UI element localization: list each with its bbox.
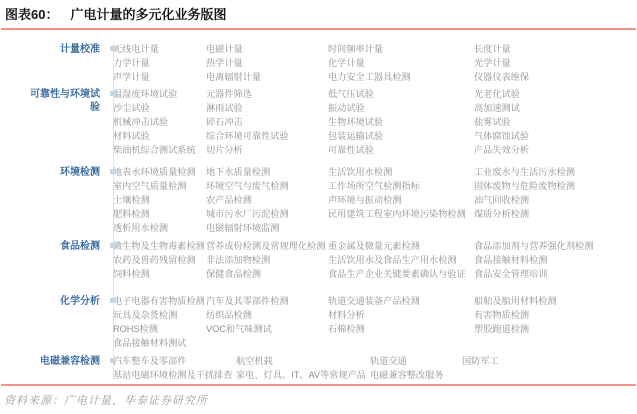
category-label-col: 化学分析: [0, 294, 113, 350]
service-item: 无线电计量: [113, 42, 206, 56]
empty-cell: [474, 336, 637, 350]
service-item: 电磁兼容整改服务: [370, 368, 462, 382]
service-item: 综合环境可靠性试验: [206, 129, 328, 143]
service-item: 热学计量: [206, 56, 328, 70]
service-item: 石棉检测: [328, 322, 474, 336]
service-row: 农药及兽药残留检测非法添加物检测生活饮用水及食品生产用水检测食品接触材料检测: [113, 253, 637, 267]
service-item: 营养成份检测及常规理化检测: [206, 239, 328, 253]
service-item: 食品接触材料测试: [113, 336, 206, 350]
service-item: 电力安全工器具检测: [328, 70, 474, 84]
service-item: 电磁计量: [206, 42, 328, 56]
service-row: 沙尘试验淋雨试验振动试验高加速测试: [113, 101, 637, 115]
service-item: 环境空气与废气检测: [206, 179, 328, 193]
service-item: 产品失效分析: [474, 143, 637, 157]
service-item: 生活饮用水及食品生产用水检测: [328, 253, 474, 267]
service-item: 纺织品检测: [206, 308, 328, 322]
empty-cell: [206, 336, 328, 350]
service-item: 高加速测试: [474, 101, 637, 115]
bullet-dot: [110, 46, 116, 51]
service-row: 肥料检测城市污水厂污泥检测民用建筑工程室内环境污染物检测煤质分析检测: [113, 207, 637, 221]
service-item: 地表水环境质量检测: [113, 165, 206, 179]
service-item: 船舶及船用材料检测: [474, 294, 637, 308]
service-item: 材料分析: [328, 308, 474, 322]
figure-number: 图表60：: [5, 7, 58, 22]
service-item: 保健食品检测: [206, 267, 328, 281]
service-item: 柴油机综合测试系统: [113, 143, 206, 157]
category-label: 环境检测: [60, 165, 100, 235]
category-label: 可靠性与环境试验: [26, 87, 100, 157]
service-item: 肥料检测: [113, 207, 206, 221]
service-item: 材料试验: [113, 129, 206, 143]
source-note: 资料来源：广电计量，华泰证券研究所: [0, 386, 637, 408]
service-item: 油气回收检测: [474, 193, 637, 207]
report-figure: 图表60：广电计量的多元化业务版图 计量校准无线电计量电磁计量时间频率计量长度计…: [0, 0, 637, 414]
figure-title: 图表60：广电计量的多元化业务版图: [0, 0, 637, 22]
service-item: 玩具及杂货检测: [113, 308, 206, 322]
services-grid: 汽车整车及零部件航空机载轨道交通国防军工基站电磁环境检测及干扰排查家电、灯具、I…: [113, 354, 637, 382]
service-item: 地下水质量检测: [206, 165, 328, 179]
service-item: 电磁辐射环境监测: [206, 221, 328, 235]
service-item: 食品生产企业关键要素确认与验证: [328, 267, 474, 281]
business-section: 食品检测微生物及生物毒素检测营养成份检测及常规理化检测重金属及微量元素检测食品添…: [0, 239, 637, 281]
service-row: ROHS检测VOC和气味测试石棉检测塑胶跑道检测: [113, 322, 637, 336]
service-item: 有害物质检测: [474, 308, 637, 322]
category-label: 电磁兼容检测: [40, 354, 100, 382]
service-row: 食品接触材料测试: [113, 336, 637, 350]
services-grid: 微生物及生物毒素检测营养成份检测及常规理化检测重金属及微量元素检测食品添加剂与营…: [113, 239, 637, 281]
service-item: 食品安全管理培训: [474, 267, 637, 281]
service-row: 地表水环境质量检测地下水质量检测生活饮用水检测工业废水与生活污水检测: [113, 165, 637, 179]
service-row: 温湿度环境试验元器件筛选低气压试验光老化试验: [113, 87, 637, 101]
service-row: 电子电器有害物质检测汽车及其零部件检测轨道交通装备产品检测船舶及船用材料检测: [113, 294, 637, 308]
service-row: 玩具及杂货检测纺织品检测材料分析有害物质检测: [113, 308, 637, 322]
service-item: 可靠性试验: [328, 143, 474, 157]
service-item: 光老化试验: [474, 87, 637, 101]
service-item: 包装运输试验: [328, 129, 474, 143]
service-item: 透析用水检测: [113, 221, 206, 235]
category-label-col: 电磁兼容检测: [0, 354, 113, 382]
service-item: 电离辐射计量: [206, 70, 328, 84]
service-item: 家电、灯具、IT、AV等常规产品: [236, 368, 370, 382]
service-item: 农药及兽药残留检测: [113, 253, 206, 267]
service-item: 沙尘试验: [113, 101, 206, 115]
service-item: 微生物及生物毒素检测: [113, 239, 206, 253]
service-item: 塑胶跑道检测: [474, 322, 637, 336]
service-item: 工业废水与生活污水检测: [474, 165, 637, 179]
service-item: 食品添加剂与营养强化剂检测: [474, 239, 637, 253]
service-item: 土壤检测: [113, 193, 206, 207]
category-label-col: 计量校准: [0, 42, 113, 84]
service-item: 基站电磁环境检测及干扰排查: [113, 368, 236, 382]
service-item: 工作场所空气检测指标: [328, 179, 474, 193]
service-item: 固体废物与危险废物检测: [474, 179, 637, 193]
service-item: 淋雨试验: [206, 101, 328, 115]
service-item: 民用建筑工程室内环境污染物检测: [328, 207, 474, 221]
business-section: 计量校准无线电计量电磁计量时间频率计量长度计量力学计量热学计量化学计量光学计量声…: [0, 42, 637, 84]
service-item: 饲料检测: [113, 267, 206, 281]
service-item: 城市污水厂污泥检测: [206, 207, 328, 221]
service-row: 微生物及生物毒素检测营养成份检测及常规理化检测重金属及微量元素检测食品添加剂与营…: [113, 239, 637, 253]
bullet-dot: [110, 243, 116, 248]
service-item: 重金属及微量元素检测: [328, 239, 474, 253]
service-item: 盐雾试验: [474, 115, 637, 129]
service-row: 无线电计量电磁计量时间频率计量长度计量: [113, 42, 637, 56]
service-item: 汽车整车及零部件: [113, 354, 236, 368]
service-item: 仪器仪表维保: [474, 70, 637, 84]
service-item: 时间频率计量: [328, 42, 474, 56]
empty-cell: [474, 221, 637, 235]
service-item: 生物环境试验: [328, 115, 474, 129]
service-item: 航空机载: [236, 354, 370, 368]
service-item: 国防军工: [462, 354, 637, 368]
category-label-col: 环境检测: [0, 165, 113, 235]
service-row: 声学计量电离辐射计量电力安全工器具检测仪器仪表维保: [113, 70, 637, 84]
service-row: 材料试验综合环境可靠性试验包装运输试验气体腐蚀试验: [113, 129, 637, 143]
service-item: 非法添加物检测: [206, 253, 328, 267]
services-grid: 无线电计量电磁计量时间频率计量长度计量力学计量热学计量化学计量光学计量声学计量电…: [113, 42, 637, 84]
service-item: 低气压试验: [328, 87, 474, 101]
bullet-dot: [110, 298, 116, 303]
service-row: 柴油机综合测试系统切片分析可靠性试验产品失效分析: [113, 143, 637, 157]
service-item: 食品接触材料检测: [474, 253, 637, 267]
service-row: 室内空气质量检测环境空气与废气检测工作场所空气检测指标固体废物与危险废物检测: [113, 179, 637, 193]
service-item: 气体腐蚀试验: [474, 129, 637, 143]
figure-title-text: 广电计量的多元化业务版图: [70, 7, 226, 22]
empty-cell: [328, 221, 474, 235]
services-grid: 电子电器有害物质检测汽车及其零部件检测轨道交通装备产品检测船舶及船用材料检测玩具…: [113, 294, 637, 350]
service-item: 光学计量: [474, 56, 637, 70]
business-section: 电磁兼容检测汽车整车及零部件航空机载轨道交通国防军工基站电磁环境检测及干扰排查家…: [0, 354, 637, 382]
service-item: VOC和气味测试: [206, 322, 328, 336]
service-row: 饲料检测保健食品检测食品生产企业关键要素确认与验证食品安全管理培训: [113, 267, 637, 281]
category-label-col: 食品检测: [0, 239, 113, 281]
service-item: 轨道交通装备产品检测: [328, 294, 474, 308]
bullet-dot: [110, 358, 116, 363]
business-section: 环境检测地表水环境质量检测地下水质量检测生活饮用水检测工业废水与生活污水检测室内…: [0, 165, 637, 235]
business-map: 计量校准无线电计量电磁计量时间频率计量长度计量力学计量热学计量化学计量光学计量声…: [0, 30, 637, 382]
service-item: 电子电器有害物质检测: [113, 294, 206, 308]
service-item: 碎石冲击: [206, 115, 328, 129]
services-grid: 地表水环境质量检测地下水质量检测生活饮用水检测工业废水与生活污水检测室内空气质量…: [113, 165, 637, 235]
service-item: 振动试验: [328, 101, 474, 115]
service-item: 汽车及其零部件检测: [206, 294, 328, 308]
category-label: 化学分析: [60, 294, 100, 350]
category-label-col: 可靠性与环境试验: [0, 87, 113, 157]
service-item: 切片分析: [206, 143, 328, 157]
category-label: 计量校准: [60, 42, 100, 84]
empty-cell: [328, 336, 474, 350]
service-item: 化学计量: [328, 56, 474, 70]
service-item: 声环境与振动检测: [328, 193, 474, 207]
service-row: 汽车整车及零部件航空机载轨道交通国防军工: [113, 354, 637, 368]
service-row: 透析用水检测电磁辐射环境监测: [113, 221, 637, 235]
service-item: 室内空气质量检测: [113, 179, 206, 193]
services-grid: 温湿度环境试验元器件筛选低气压试验光老化试验沙尘试验淋雨试验振动试验高加速测试机…: [113, 87, 637, 157]
empty-cell: [462, 368, 637, 382]
service-item: 煤质分析检测: [474, 207, 637, 221]
service-item: ROHS检测: [113, 322, 206, 336]
service-item: 力学计量: [113, 56, 206, 70]
service-item: 温湿度环境试验: [113, 87, 206, 101]
bullet-dot: [110, 169, 116, 174]
bullet-dot: [110, 91, 116, 96]
category-label: 食品检测: [60, 239, 100, 281]
service-row: 力学计量热学计量化学计量光学计量: [113, 56, 637, 70]
service-item: 长度计量: [474, 42, 637, 56]
service-row: 土壤检测农产品检测声环境与振动检测油气回收检测: [113, 193, 637, 207]
service-item: 声学计量: [113, 70, 206, 84]
service-item: 轨道交通: [370, 354, 462, 368]
business-section: 可靠性与环境试验温湿度环境试验元器件筛选低气压试验光老化试验沙尘试验淋雨试验振动…: [0, 87, 637, 157]
service-row: 机械冲击试验碎石冲击生物环境试验盐雾试验: [113, 115, 637, 129]
business-section: 化学分析电子电器有害物质检测汽车及其零部件检测轨道交通装备产品检测船舶及船用材料…: [0, 294, 637, 350]
service-item: 生活饮用水检测: [328, 165, 474, 179]
service-row: 基站电磁环境检测及干扰排查家电、灯具、IT、AV等常规产品电磁兼容整改服务: [113, 368, 637, 382]
service-item: 农产品检测: [206, 193, 328, 207]
service-item: 元器件筛选: [206, 87, 328, 101]
service-item: 机械冲击试验: [113, 115, 206, 129]
